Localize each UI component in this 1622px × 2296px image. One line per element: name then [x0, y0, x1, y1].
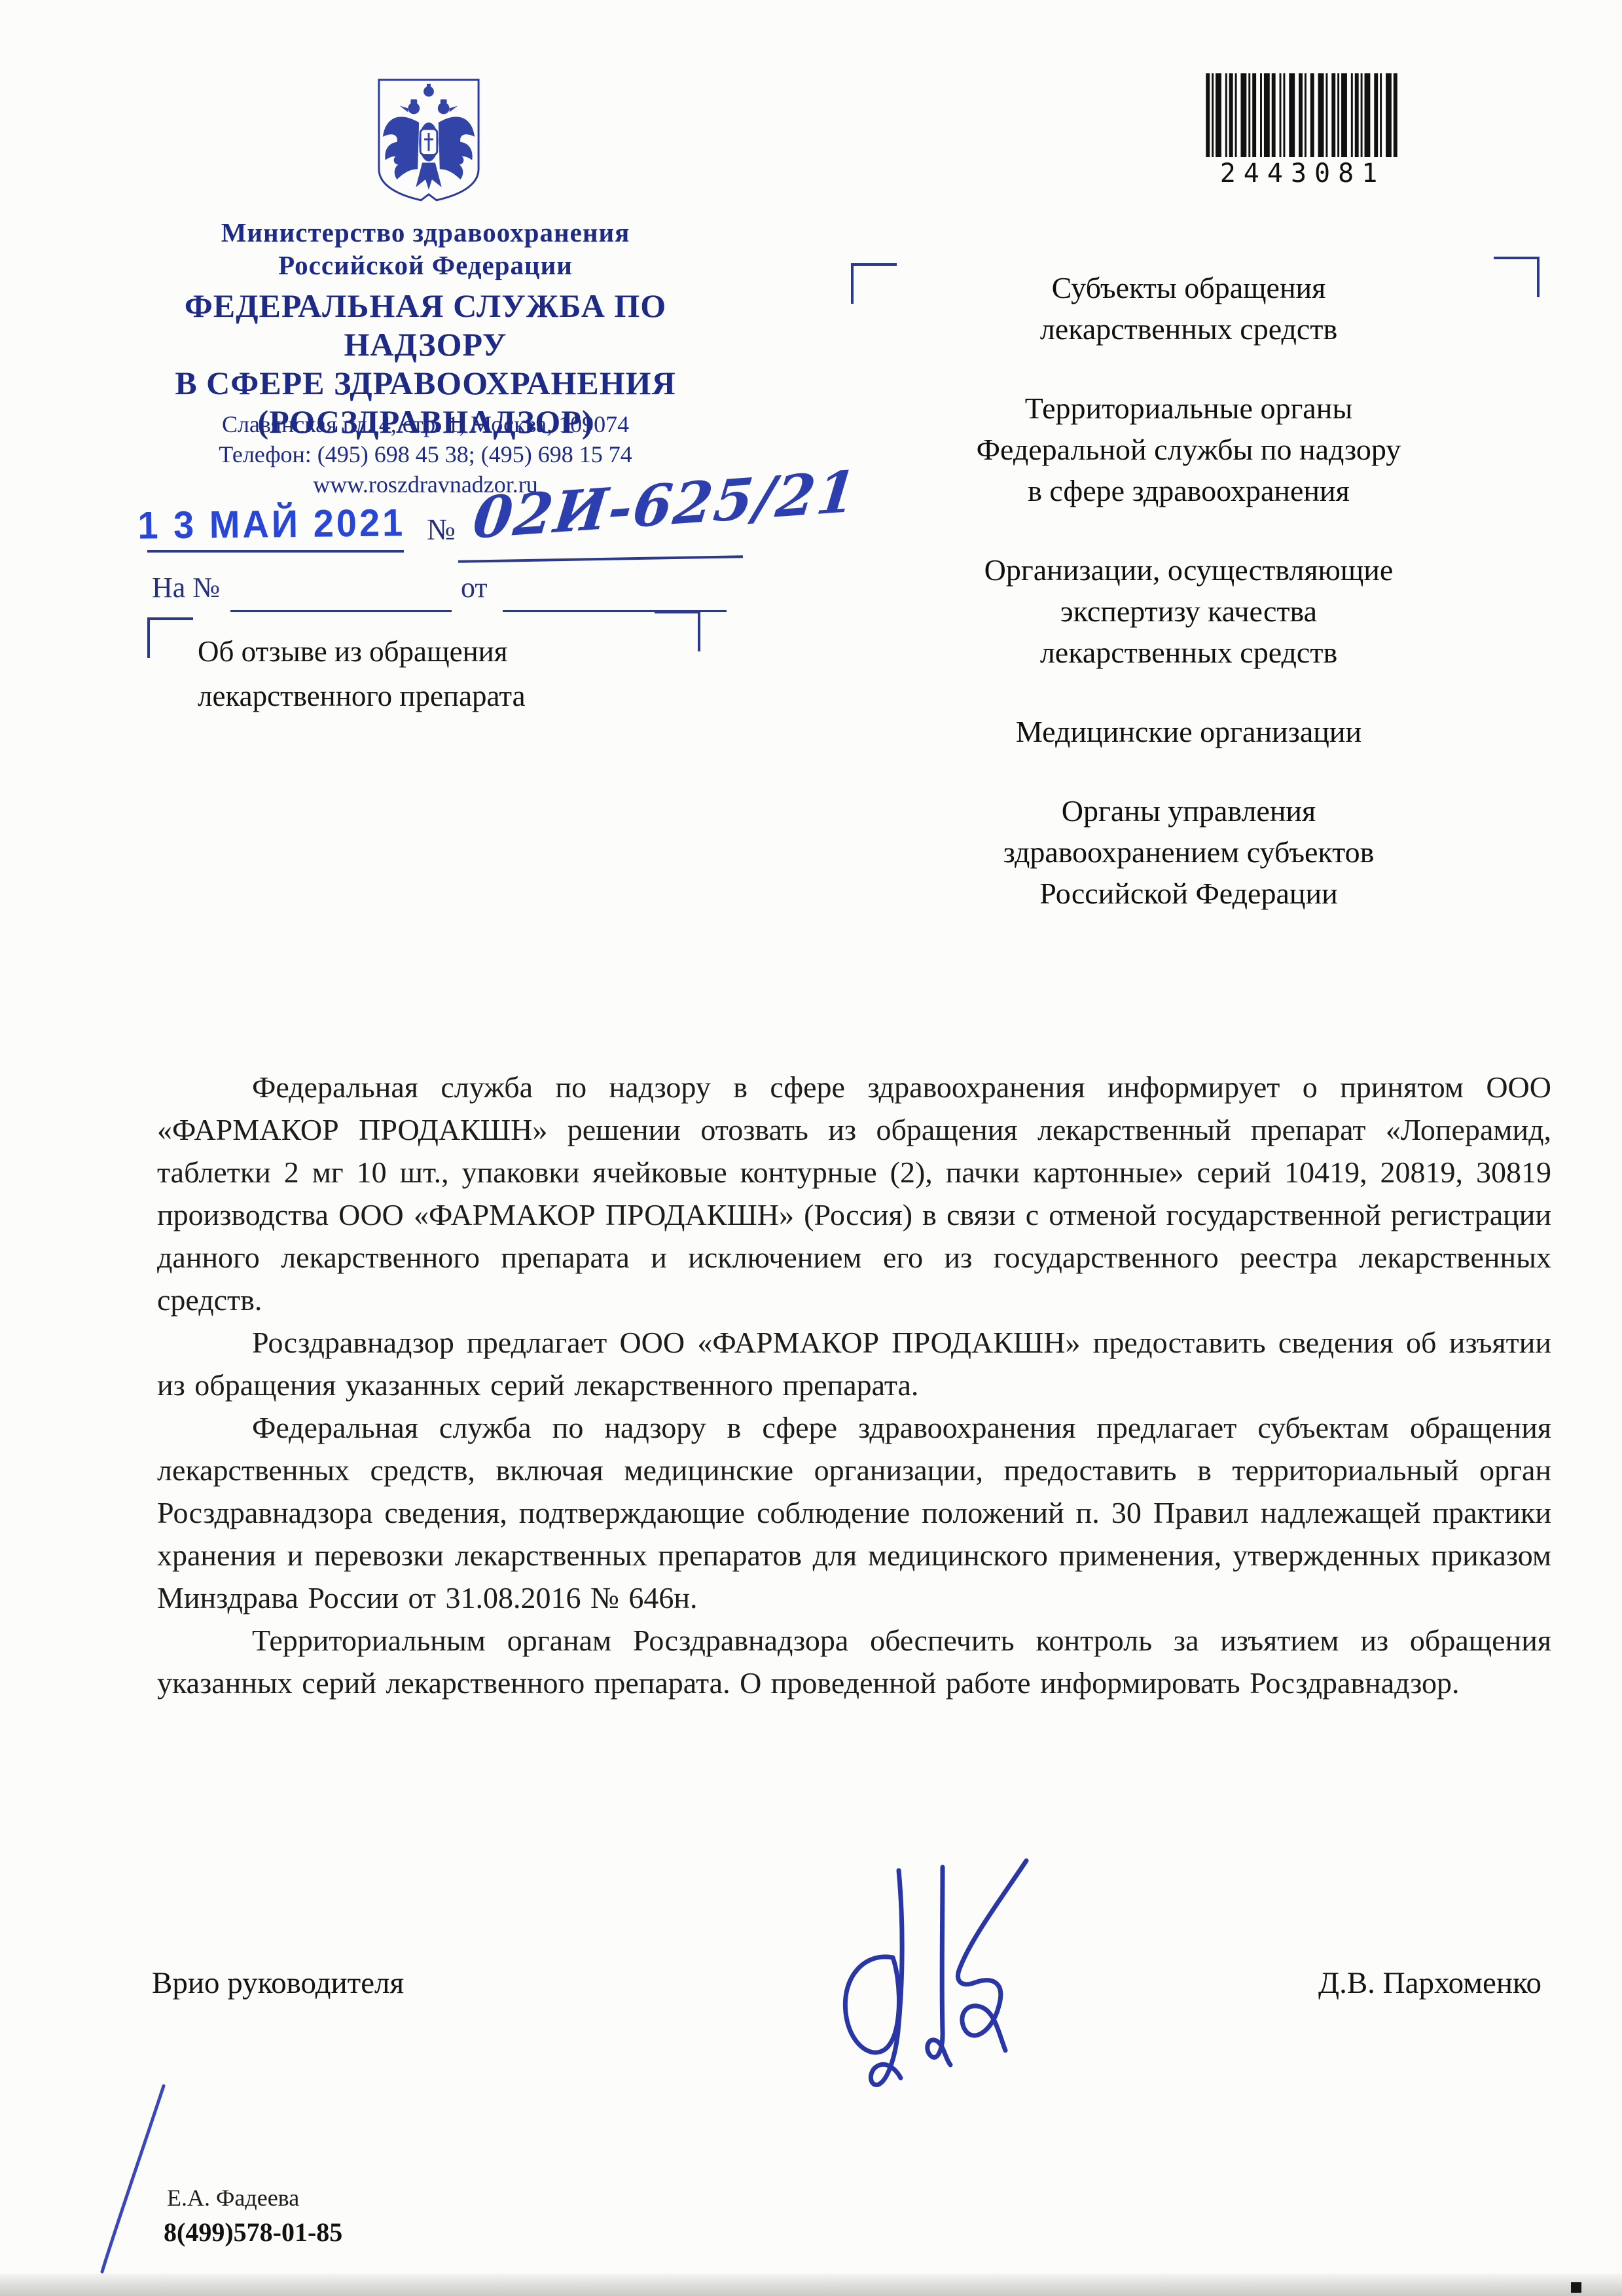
- scan-speck: [1571, 2282, 1581, 2293]
- body-paragraph: Росздравнадзор предлагает ООО «ФАРМАКОР …: [157, 1321, 1551, 1406]
- barcode-icon: [1204, 73, 1401, 157]
- reply-from-label: от: [461, 571, 488, 604]
- service-line: В СФЕРЕ ЗДРАВООХРАНЕНИЯ: [124, 364, 727, 403]
- signer-name: Д.В. Пархоменко: [1280, 1965, 1541, 2001]
- recipient-line: здравоохранением субъектов: [841, 831, 1536, 873]
- body-paragraph: Федеральная служба по надзору в сфере зд…: [157, 1406, 1551, 1619]
- barcode-number: 2443081: [1204, 158, 1401, 189]
- date-underline: [147, 550, 404, 553]
- executor-phone: 8(499)578-01-85: [164, 2217, 342, 2248]
- recipient-line: лекарственных средств: [841, 632, 1536, 673]
- letter-body: Федеральная служба по надзору в сфере зд…: [157, 1066, 1551, 1704]
- handwritten-signature: [830, 1841, 1046, 2100]
- scan-edge-band: [0, 2274, 1622, 2296]
- recipient-group: Субъекты обращения лекарственных средств: [841, 267, 1536, 350]
- official-letter-page: 2443081 Министерство здравоохранен: [0, 0, 1622, 2296]
- number-underline: [458, 555, 743, 563]
- recipient-line: экспертизу качества: [841, 591, 1536, 632]
- number-label: №: [427, 512, 456, 547]
- reply-number-underline: [230, 610, 452, 612]
- reply-number-label: На №: [152, 571, 220, 604]
- phone-line: Телефон: (495) 698 45 38; (495) 698 15 7…: [124, 439, 727, 469]
- executor-name: Е.А. Фадеева: [167, 2184, 299, 2212]
- body-paragraph: Территориальным органам Росздравнадзора …: [157, 1619, 1551, 1704]
- recipient-group: Организации, осуществляющие экспертизу к…: [841, 549, 1536, 673]
- recipient-line: Медицинские организации: [841, 711, 1536, 752]
- pen-stroke-mark: [90, 2081, 179, 2277]
- subject-line: лекарственного препарата: [198, 674, 526, 719]
- recipient-line: лекарственных средств: [841, 308, 1536, 350]
- ministry-line: Министерство здравоохранения: [124, 216, 727, 249]
- subject-corner-bracket-left: [147, 617, 193, 658]
- recipient-line: в сфере здравоохранения: [841, 470, 1536, 511]
- subject-line: Об отзыве из обращения: [198, 630, 526, 674]
- registration-barcode: 2443081: [1204, 73, 1401, 189]
- coat-of-arms-icon: [374, 77, 484, 206]
- recipients-block: Субъекты обращения лекарственных средств…: [841, 267, 1536, 952]
- recipient-line: Субъекты обращения: [841, 267, 1536, 308]
- service-line: ФЕДЕРАЛЬНАЯ СЛУЖБА ПО НАДЗОРУ: [124, 287, 727, 364]
- date-stamp: 1 3 МАЙ 2021: [137, 500, 406, 548]
- recipient-line: Федеральной службы по надзору: [841, 429, 1536, 470]
- recipient-line: Организации, осуществляющие: [841, 549, 1536, 591]
- recipient-group: Территориальные органы Федеральной служб…: [841, 388, 1536, 511]
- recipient-line: Органы управления: [841, 790, 1536, 831]
- subject-block: Об отзыве из обращения лекарственного пр…: [198, 630, 526, 718]
- body-paragraph: Федеральная служба по надзору в сфере зд…: [157, 1066, 1551, 1321]
- signer-position-title: Врио руководителя: [152, 1965, 404, 2001]
- recipient-group: Органы управления здравоохранением субъе…: [841, 790, 1536, 914]
- recipient-group: Медицинские организации: [841, 711, 1536, 752]
- recipient-line: Российской Федерации: [841, 873, 1536, 914]
- subject-corner-bracket-right: [655, 611, 700, 651]
- address-line: Славянская пл. 4, стр. 1, Москва, 109074: [124, 409, 727, 439]
- ministry-header: Министерство здравоохранения Российской …: [124, 216, 727, 282]
- recipient-line: Территориальные органы: [841, 388, 1536, 429]
- ministry-line: Российской Федерации: [124, 249, 727, 282]
